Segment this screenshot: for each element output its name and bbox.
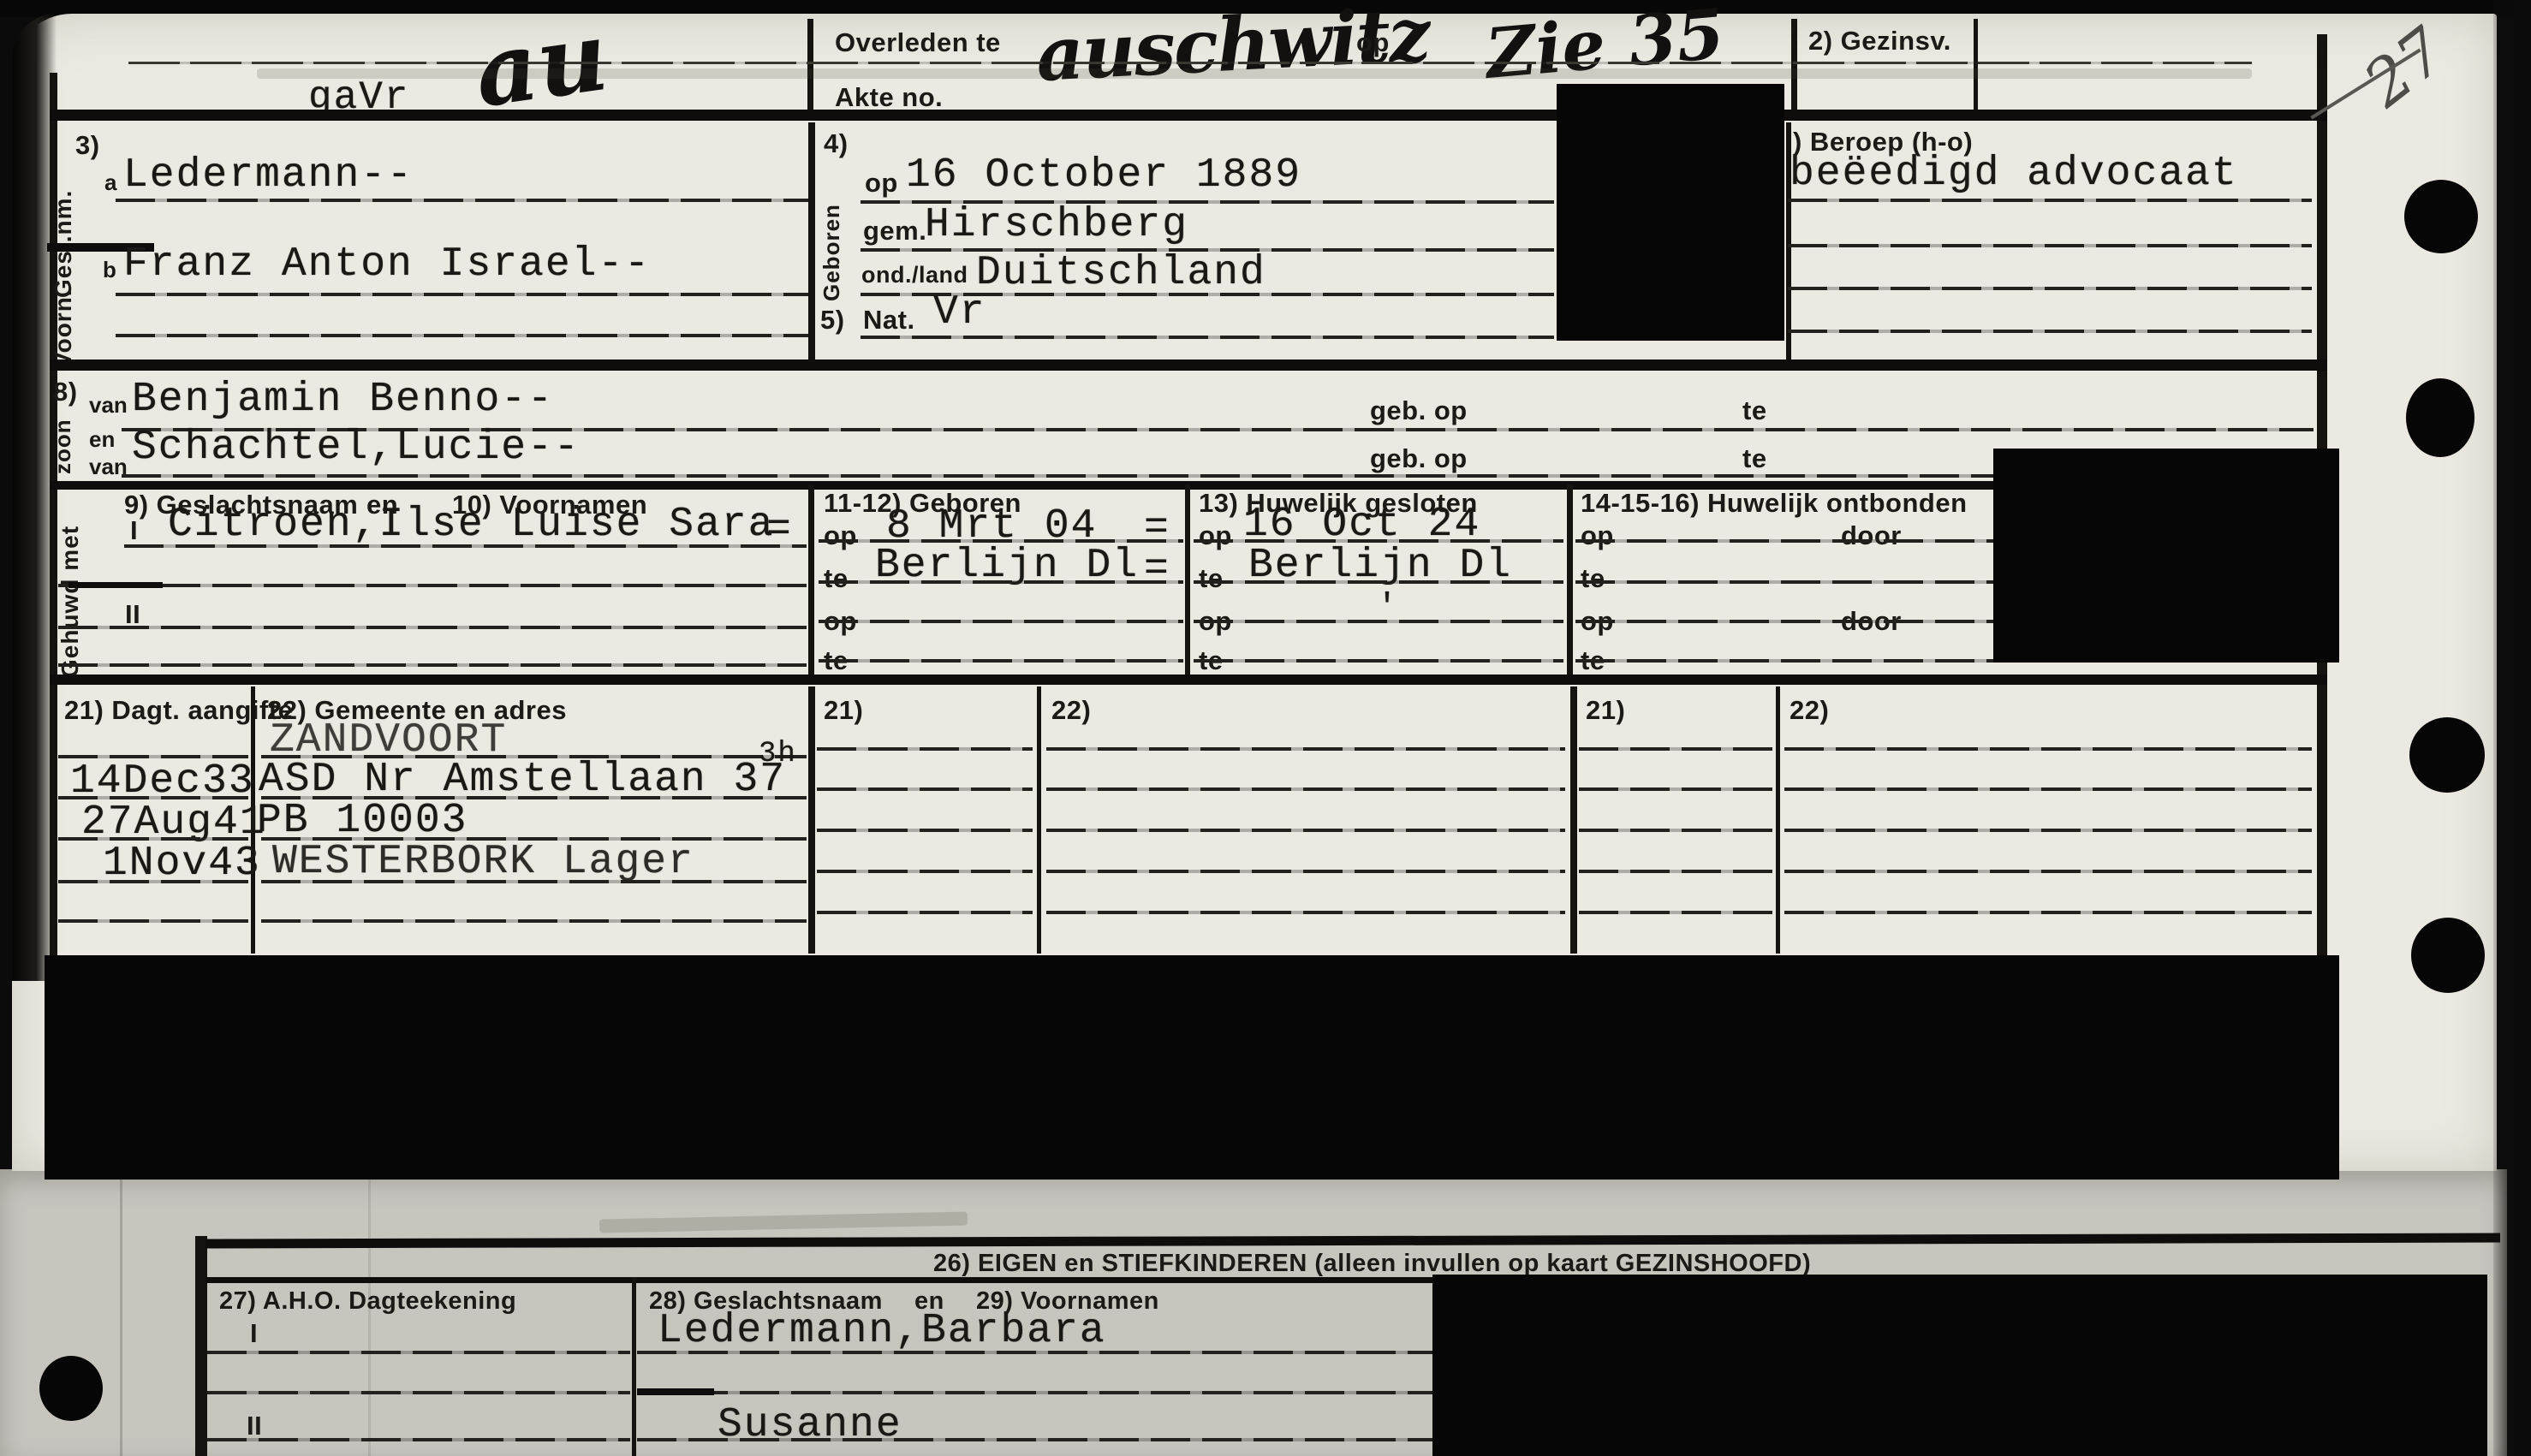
redaction-box-bottom-card [1432,1275,2487,1456]
heavy-rule-1 [50,110,2327,121]
bottom-card-col-divider [632,1277,636,1456]
overleden-te-label: Overleden te [835,27,1001,58]
beroep-line-3 [1788,287,2312,290]
gesloten-line-3 [1194,620,1563,623]
col22-label-right: 22) [1790,695,1829,726]
mother-line [122,474,2314,478]
mid22-line4 [1046,870,1565,873]
scan-smudge-row1 [257,68,2252,79]
mid21-line3 [817,829,1033,832]
dagt-aangifte-header: 21) Dagt. aangifte [64,695,293,726]
beroep-value: beëedigd advocaat [1790,151,2238,197]
punch-hole-3 [2409,717,2485,793]
names-line-4 [58,663,807,667]
mid22-line1 [1046,747,1565,751]
father-te-label: te [1742,395,1767,426]
row1-divider-3 [1974,19,1978,115]
mid21-line1 [817,747,1033,751]
geboren-te-label-row1: te [824,563,849,594]
father-geb-op-label: geb. op [1370,395,1468,426]
gezinsv-label: 2) Gezinsv. [1808,26,1951,56]
bottom-card-header-rule [205,1277,1438,1283]
address-row1-superscript: 3h [759,738,797,770]
names-line-2 [58,584,807,587]
s21-divider-3 [1037,686,1041,954]
gehuwd-met-vertical-label: Gehuwd met [57,507,84,678]
mother-name-value: Schachtel,Lucie-- [132,425,581,471]
right22-line2 [1784,787,2312,791]
mid22-line2 [1046,787,1565,791]
bottom-line3-left [207,1438,630,1441]
bottom-line3-right [637,1438,1433,1441]
names-empty-line [116,334,809,337]
father-name-value: Benjamin Benno-- [132,377,554,423]
bottom-line1-right [637,1351,1433,1354]
marriage-row1-num: I [130,515,138,546]
zoon-vertical-label: zoon [50,395,76,474]
col21-label-mid: 21) [824,695,863,726]
row1-writing-line [128,62,2252,64]
nationality-line [861,336,1554,339]
firstnames-line [116,293,809,296]
beroep-line-2 [1788,244,2312,247]
bottom-line2-blob [637,1388,714,1395]
surname-value: Ledermann-- [123,152,414,199]
heavy-rule-2 [50,360,2327,371]
s21-divider-4 [1570,686,1577,954]
child-row1-num: I [250,1318,258,1349]
gesloten-line-4 [1194,659,1563,663]
section27-header: 27) A.H.O. Dagteekening [219,1287,516,1316]
s21-line5-addrcol [261,919,807,923]
bottom-line2-right [637,1391,1433,1394]
section5-number: 5) [820,305,845,336]
bottom-line1-left [207,1351,630,1354]
en-label: en [89,426,115,453]
gesloten-op-label-row1: op [1199,520,1232,551]
right22-line5 [1784,911,2312,914]
gesloten-line-2 [1194,580,1563,584]
geboren-op-label: op [865,168,898,199]
s21-line4-datecol [58,880,248,883]
birth-country-value: Duitschland [976,250,1266,296]
ondland-label: ond./land [861,262,968,288]
beroep-line-1 [1788,199,2312,202]
redaction-box-marriage [1993,449,2339,663]
label-a: a [104,169,116,196]
s21-line4-addrcol [261,880,807,883]
geboren-line-2 [819,580,1183,584]
s21-line5-datecol [58,919,248,923]
section4-number: 4) [824,128,849,159]
punch-hole-2 [2406,378,2474,457]
section3-number: 3) [75,130,100,161]
table-divider-1 [808,484,814,678]
bottom-line2-left [207,1391,630,1394]
akte-no-label: Akte no. [835,82,943,113]
punch-hole-4 [2411,918,2485,993]
section3-4-divider [808,122,815,364]
birth-date-value: 16 October 1889 [906,152,1301,199]
voorn-vertical-label: Voorn. [50,257,77,368]
gem-label: gem. [863,216,926,247]
redaction-box-photo [1557,84,1784,341]
names-line-3 [58,626,807,629]
beroep-line-4 [1788,330,2312,333]
right21-line2 [1579,787,1772,791]
heavy-rule-4 [50,675,2327,685]
geboren-equals-2: = [1144,546,1170,592]
row1-divider-1 [807,19,813,115]
nationality-value: Vr [933,289,986,336]
punch-hole-1 [2404,180,2478,253]
col22-label-mid: 22) [1051,695,1091,726]
mid21-line2 [817,787,1033,791]
redaction-bar-bottom [45,955,2339,1180]
right22-line1 [1784,747,2312,751]
punch-hole-bottom-card [39,1356,103,1421]
right22-line4 [1784,870,2312,873]
row1-divider-2 [1791,19,1797,115]
col21-label-right: 21) [1586,695,1625,726]
bottom-card-left-border [195,1236,207,1456]
spouse-name-value: Citroen,Ilse Luise Sara [168,502,775,548]
s21-divider-2 [808,686,815,954]
label-b: b [103,257,116,283]
address-row3: WESTERBORK Lager [272,839,694,885]
geboren-op-label-row1: op [824,520,857,551]
row1-op-label: op [1356,27,1390,58]
ontbonden-col-header: 14-15-16) Huwelijk ontbonden [1581,488,1968,519]
surname-line [116,199,809,202]
mid21-line5 [817,911,1033,914]
s21-divider-5 [1776,686,1780,954]
ontbonden-door-label-row1: door [1841,520,1902,551]
ontbonden-te-label-row1: te [1581,563,1605,594]
right21-line1 [1579,747,1772,751]
mid22-line3 [1046,829,1565,832]
mother-te-label: te [1742,443,1767,474]
bottom-card-crease [120,1169,122,1456]
mid22-line5 [1046,911,1565,914]
firstnames-value: Franz Anton Israel-- [123,241,651,288]
van-label-1: van [89,392,128,419]
geboren-vertical-label: Geboren [819,164,845,301]
table-divider-3 [1567,484,1573,678]
mother-geb-op-label: geb. op [1370,443,1468,474]
gesloten-te-label-row1: te [1199,563,1224,594]
mid21-line4 [817,870,1033,873]
table-divider-2 [1185,484,1190,678]
right21-line4 [1579,870,1772,873]
names-line-2-blob [68,582,163,588]
nat-label: Nat. [863,305,915,336]
geboren-line-3 [819,620,1183,623]
child-row1-name: Ledermann,Barbara [658,1308,1106,1354]
geboren-line-4 [819,659,1183,663]
ontbonden-op-label-row1: op [1581,520,1614,551]
spouse-name-line [124,544,807,548]
right21-line3 [1579,829,1772,832]
birth-place-value: Hirschberg [925,202,1188,248]
right21-line5 [1579,911,1772,914]
right22-line3 [1784,829,2312,832]
geboren-equals-1: = [1144,505,1170,551]
child-row2-num: II [247,1411,262,1441]
